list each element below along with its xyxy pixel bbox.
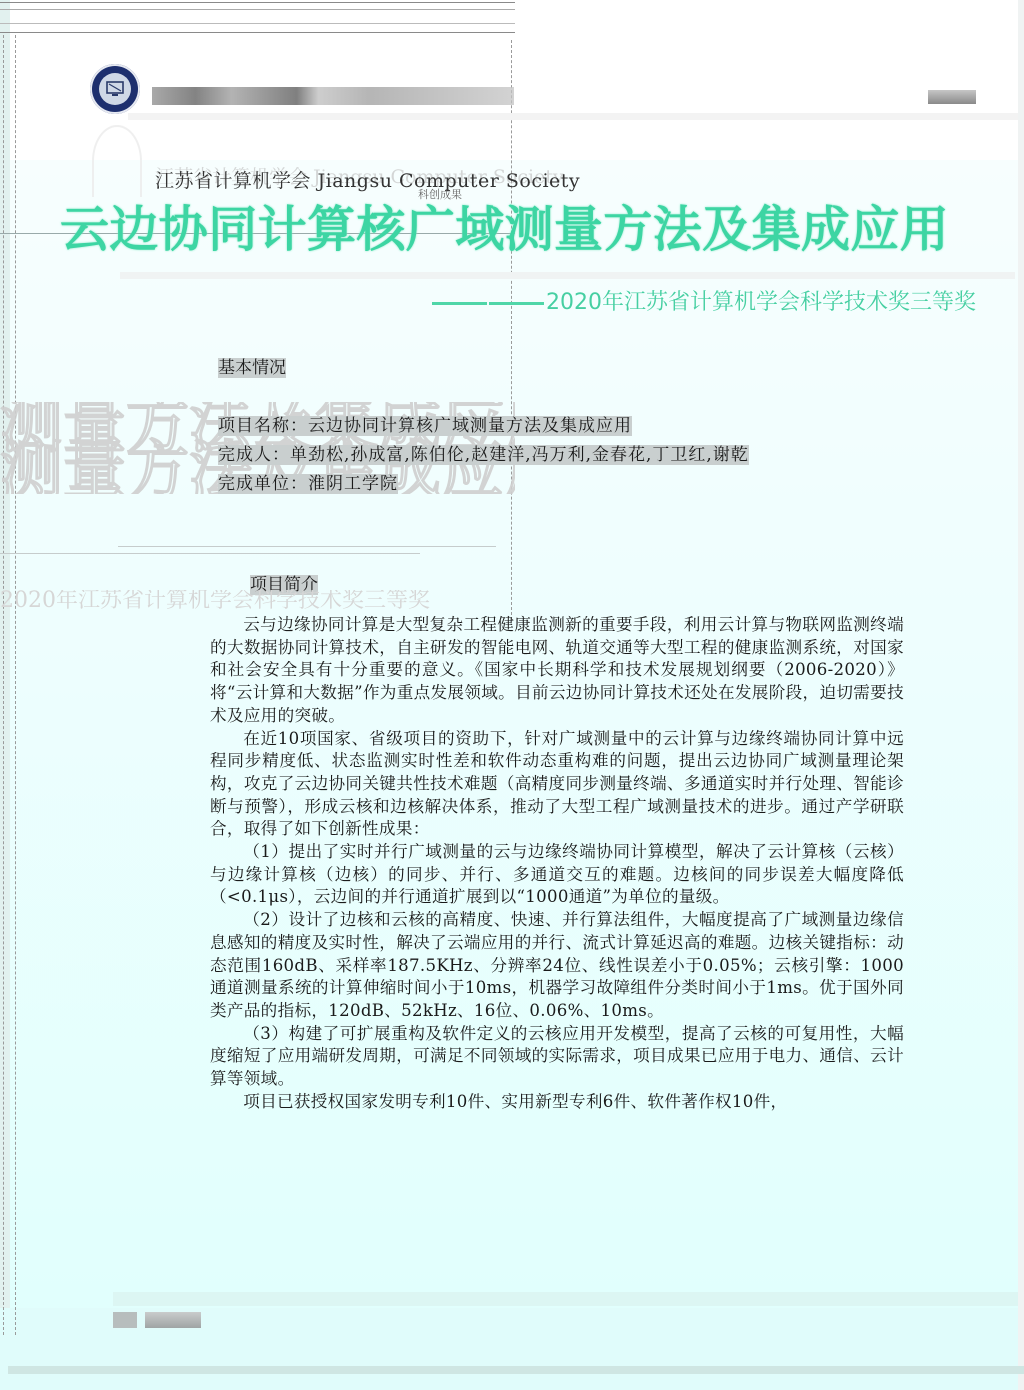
page-edge-bar — [8, 1366, 1024, 1374]
basic-info-block: 项目名称：云边协同计算核广域测量方法及集成应用 完成人：单劲松,孙成富,陈伯伦,… — [218, 412, 749, 499]
intro-body: 云与边缘协同计算是大型复杂工程健康监测新的重要手段，利用云计算与物联网监测终端的… — [210, 614, 904, 1113]
scan-artifact-lines — [0, 0, 515, 40]
scan-artifact-dash-mid — [511, 40, 513, 620]
subtitle-dash — [432, 302, 487, 305]
unit-row: 完成单位：淮阴工学院 — [218, 470, 749, 499]
page-title: 云边协同计算核广域测量方法及集成应用 — [60, 200, 949, 260]
ghost-logo-artifact — [92, 125, 142, 197]
subtitle-dash-2 — [489, 302, 544, 305]
scan-artifact-dash-left-2 — [15, 35, 17, 1335]
scan-artifact-dash-left — [3, 35, 5, 1335]
subtitle: 2020年江苏省计算机学会科学技术奖三等奖 — [432, 286, 976, 320]
society-name: 江苏省计算机学会 Jiangsu Computer Society — [155, 170, 580, 192]
subtitle-rule — [120, 272, 1015, 279]
section-divider — [118, 546, 496, 547]
intro-paragraph: （2）设计了边核和云核的高精度、快速、并行算法组件，大幅度提高了广域测量边缘信息… — [210, 909, 904, 1023]
intro-paragraph: 项目已获授权国家发明专利10件、实用新型专利6件、软件著作权10件， — [210, 1091, 904, 1114]
page-folio-blurred — [113, 1312, 201, 1328]
intro-paragraph: 云与边缘协同计算是大型复杂工程健康监测新的重要手段，利用云计算与物联网监测终端的… — [210, 614, 904, 728]
ghost-subtitle-artifact: 2020年江苏省计算机学会科学技术奖三等奖 — [0, 590, 515, 612]
page-right-edge — [1018, 0, 1024, 1390]
header-society-name-blurred — [152, 87, 514, 105]
footer-rule — [113, 1292, 1018, 1306]
intro-paragraph: 在近10项国家、省级项目的资助下，针对广域测量中的云计算与边缘终端协同计算中远程… — [210, 728, 904, 842]
section-divider-2 — [0, 553, 420, 554]
header-right-blurred — [928, 90, 976, 104]
subtitle-text: 2020年江苏省计算机学会科学技术奖三等奖 — [546, 290, 976, 315]
intro-paragraph: （1）提出了实时并行广域测量的云与边缘终端协同计算模型，解决了云计算核（云核）与… — [210, 841, 904, 909]
header-rule — [128, 113, 1018, 120]
project-name-row: 项目名称：云边协同计算核广域测量方法及集成应用 — [218, 412, 749, 441]
intro-paragraph: （3）构建了可扩展重构及软件定义的云核应用开发模型，提高了云核的可复用性，大幅度… — [210, 1023, 904, 1091]
authors-row: 完成人：单劲松,孙成富,陈伯伦,赵建洋,冯万利,金春花,丁卫红,谢乾 — [218, 441, 749, 470]
section-heading-basic: 基本情况 — [218, 353, 286, 378]
society-logo-icon — [90, 64, 140, 114]
